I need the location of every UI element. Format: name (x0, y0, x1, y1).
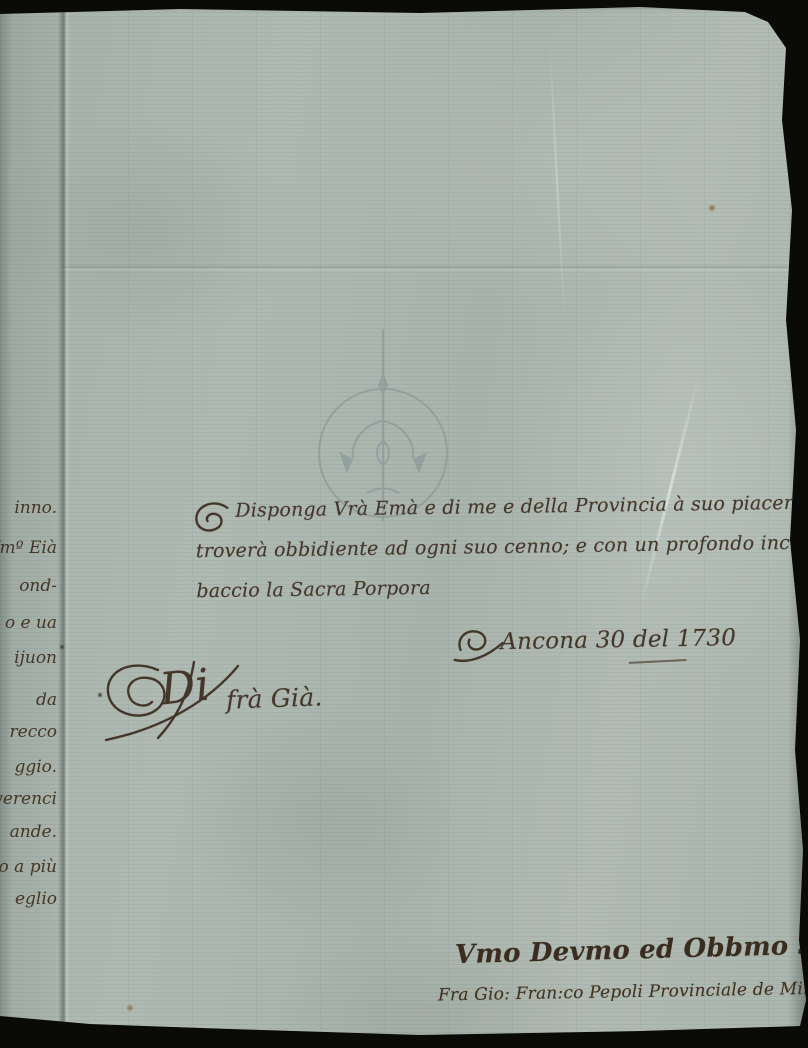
paper-sheet: inno. Vmº Eià ond- o e ua ijuon da recco… (0, 0, 808, 1048)
edge-shading (0, 0, 808, 1048)
manuscript-scan: inno. Vmº Eià ond- o e ua ijuon da recco… (0, 0, 808, 1048)
